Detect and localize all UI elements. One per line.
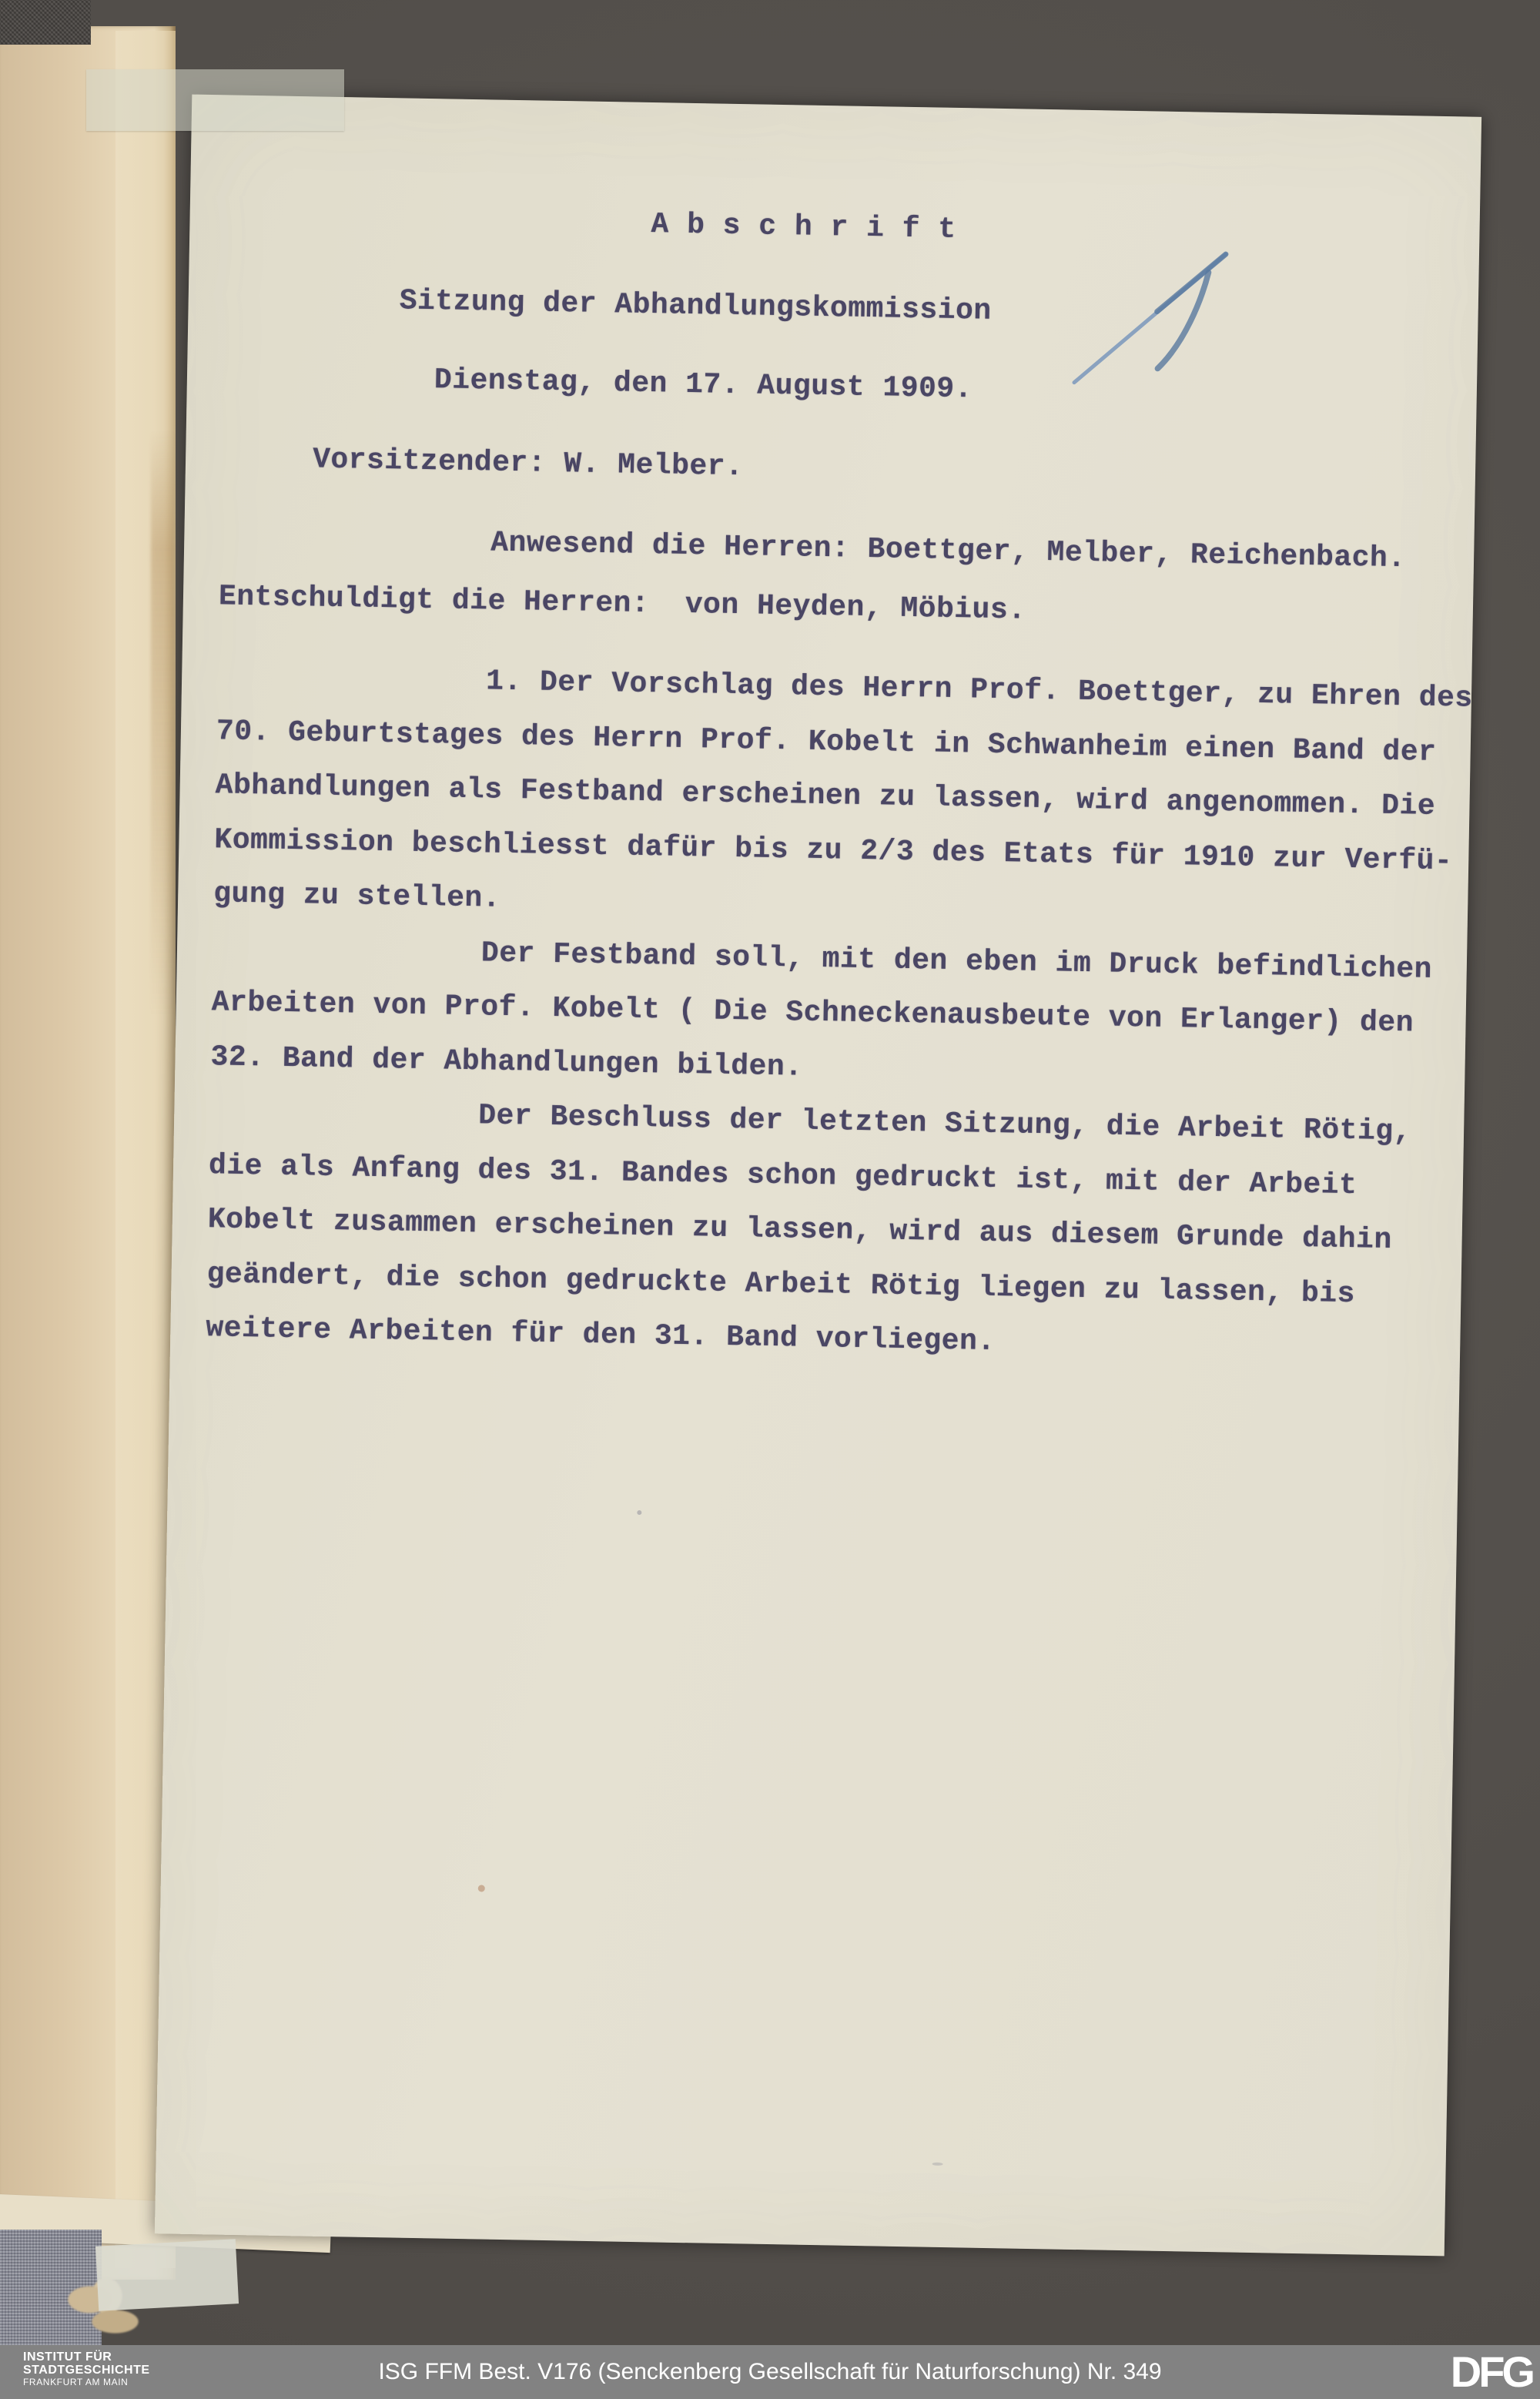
excused-line: Entschuldigt die Herren: von Heyden, Möb…	[218, 570, 1026, 638]
typed-line: gung zu stellen.	[213, 867, 501, 926]
institute-logo: INSTITUT FÜR STADTGESCHICHTE FRANKFURT A…	[23, 2350, 150, 2388]
handwritten-page-number	[1065, 239, 1241, 400]
tissue-interleaf-top	[86, 69, 344, 131]
session-date: Dienstag, den 17. August 1909.	[434, 353, 973, 417]
institute-logo-line: INSTITUT FÜR	[23, 2350, 150, 2364]
tissue-interleaf-bottom	[95, 2239, 239, 2310]
chairman-line: Vorsitzender: W. Melber.	[312, 433, 743, 494]
session-title: Sitzung der Abhandlungskommission	[399, 274, 992, 338]
document-page: A b s c h r i f t Sitzung der Abhandlung…	[155, 95, 1481, 2257]
book-spine-fabric-top	[0, 0, 91, 45]
document-heading: A b s c h r i f t	[651, 198, 956, 257]
dfg-logo: DFG	[1451, 2347, 1532, 2397]
paper-speck	[932, 2163, 943, 2166]
paper-speck	[637, 1510, 641, 1515]
archive-footer-bar: INSTITUT FÜR STADTGESCHICHTE FRANKFURT A…	[0, 2345, 1540, 2399]
paper-stain	[151, 431, 174, 1017]
paper-speck	[478, 1885, 485, 1891]
institute-logo-line: FRANKFURT AM MAIN	[23, 2377, 150, 2388]
typed-line: 32. Band der Abhandlungen bilden.	[210, 1030, 803, 1094]
archival-scan-viewer: { "document": { "heading": "A b s c h r …	[0, 0, 1540, 2399]
present-line: Anwesend die Herren: Boettger, Melber, R…	[490, 516, 1407, 586]
institute-logo-line: STADTGESCHICHTE	[23, 2364, 150, 2377]
archival-reference: ISG FFM Best. V176 (Senckenberg Gesellsc…	[378, 2359, 1161, 2385]
